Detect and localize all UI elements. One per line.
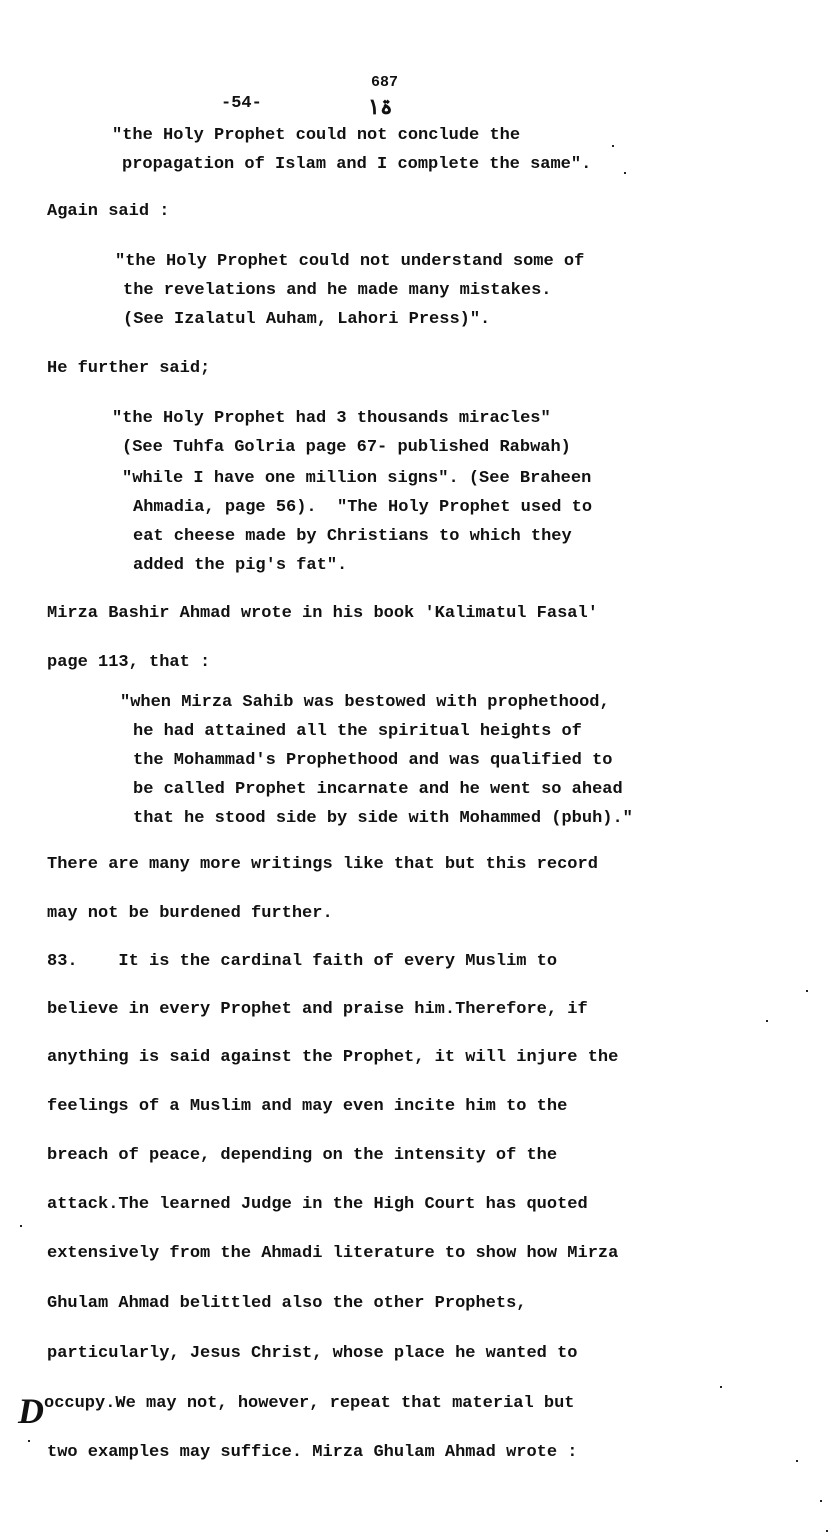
speck — [28, 1440, 30, 1442]
text-line: He further said; — [47, 359, 210, 379]
text-line: may not be burdened further. — [47, 904, 333, 924]
text-line: extensively from the Ahmadi literature t… — [47, 1244, 618, 1264]
speck — [720, 1386, 722, 1388]
text-line: "the Holy Prophet could not conclude the — [112, 126, 520, 146]
text-line: that he stood side by side with Mohammed… — [133, 809, 633, 829]
text-line: the revelations and he made many mistake… — [123, 281, 551, 301]
speck — [796, 1460, 798, 1462]
text-line: propagation of Islam and I complete the … — [122, 155, 591, 175]
text-line: "the Holy Prophet had 3 thousands miracl… — [112, 409, 551, 429]
text-line: 83. It is the cardinal faith of every Mu… — [47, 952, 557, 972]
text-line: Mirza Bashir Ahmad wrote in his book 'Ka… — [47, 604, 598, 624]
text-line: breach of peace, depending on the intens… — [47, 1146, 557, 1166]
text-line: "when Mirza Sahib was bestowed with prop… — [120, 693, 610, 713]
speck — [20, 1225, 22, 1227]
text-line: eat cheese made by Christians to which t… — [133, 527, 572, 547]
speck — [806, 990, 808, 992]
text-line: two examples may suffice. Mirza Ghulam A… — [47, 1443, 578, 1463]
text-line: (See Tuhfa Golria page 67- published Rab… — [122, 438, 571, 458]
text-line: believe in every Prophet and praise him.… — [47, 1000, 588, 1020]
speck — [624, 172, 626, 174]
page-number: -54- — [221, 94, 262, 113]
speck — [820, 1500, 822, 1502]
text-line: the Mohammad's Prophethood and was quali… — [133, 751, 612, 771]
text-line: he had attained all the spiritual height… — [133, 722, 582, 742]
text-line: Again said : — [47, 202, 169, 222]
text-line: added the pig's fat". — [133, 556, 347, 576]
text-line: "the Holy Prophet could not understand s… — [115, 252, 584, 272]
text-line: attack.The learned Judge in the High Cou… — [47, 1195, 588, 1215]
text-line: be called Prophet incarnate and he went … — [133, 780, 623, 800]
text-line: particularly, Jesus Christ, whose place … — [47, 1344, 578, 1364]
handwritten-mark: ۃ۱ — [368, 94, 393, 120]
speck — [766, 1020, 768, 1022]
text-line: Ahmadia, page 56). "The Holy Prophet use… — [133, 498, 592, 518]
speck — [826, 1530, 828, 1532]
text-line: (See Izalatul Auham, Lahori Press)". — [123, 310, 490, 330]
text-line: anything is said against the Prophet, it… — [47, 1048, 618, 1068]
text-line: "while I have one million signs". (See B… — [122, 469, 591, 489]
speck — [612, 145, 614, 147]
handwritten-drop-cap: D — [18, 1390, 44, 1432]
text-line: occupy.We may not, however, repeat that … — [44, 1394, 575, 1414]
text-line: There are many more writings like that b… — [47, 855, 598, 875]
text-line: page 113, that : — [47, 653, 210, 673]
stamp-number: 687 — [371, 74, 398, 91]
text-line: feelings of a Muslim and may even incite… — [47, 1097, 567, 1117]
text-line: Ghulam Ahmad belittled also the other Pr… — [47, 1294, 526, 1314]
